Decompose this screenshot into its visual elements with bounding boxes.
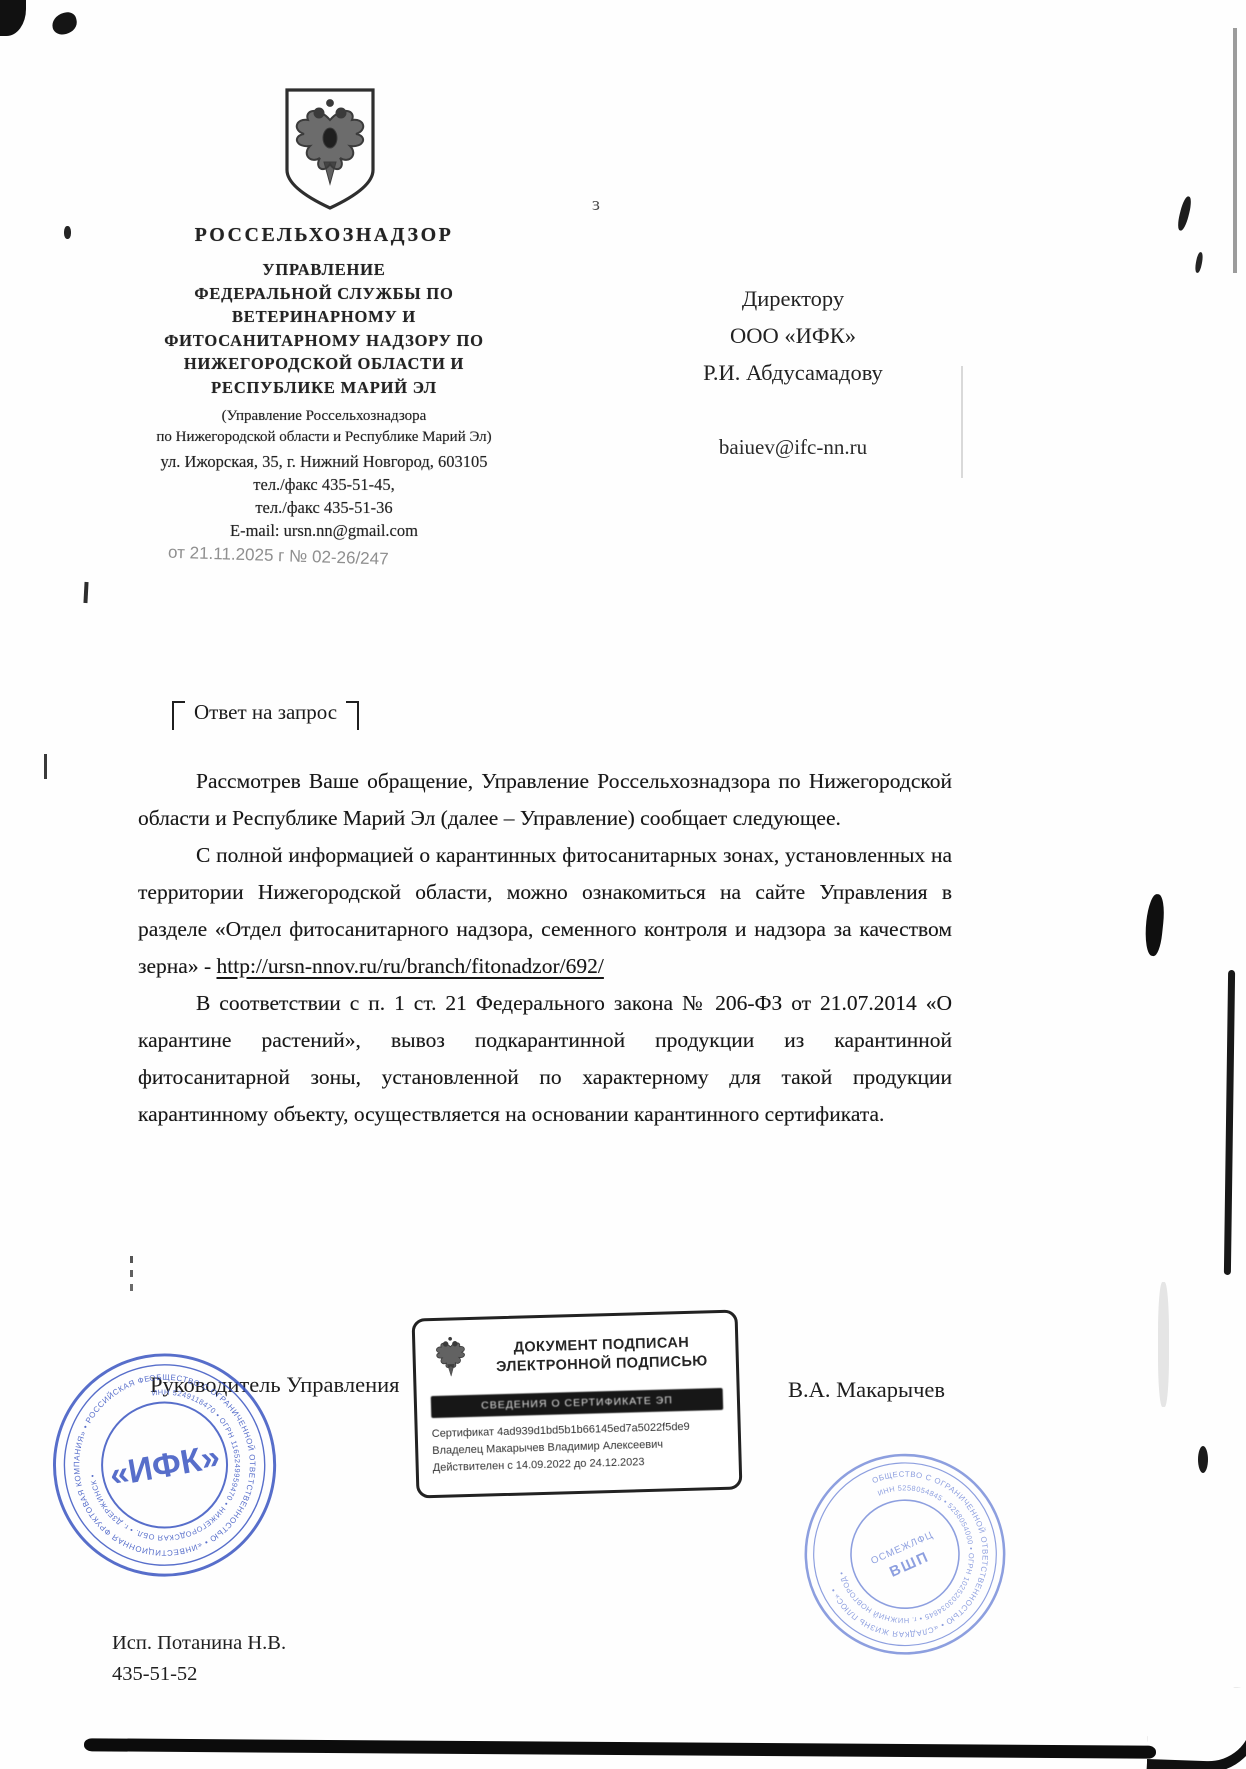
esignature-header: ДОКУМЕНТ ПОДПИСАН ЭЛЕКТРОННОЙ ПОДПИСЬЮ: [429, 1325, 722, 1387]
recipient-block: Директору ООО «ИФК» Р.И. Абдусамадову ba…: [618, 280, 968, 460]
agency-name: РОССЕЛЬХОЗНАДЗОР: [100, 222, 548, 248]
scan-artifact-left-1: [64, 226, 71, 239]
svg-text:ИНН 5258054845 • 5258054000 •: ИНН 5258054845 • 5258054000 • ОГРН 10252…: [811, 1461, 998, 1648]
subject-line: Ответ на запрос: [172, 700, 359, 730]
esignature-stamp: ДОКУМЕНТ ПОДПИСАН ЭЛЕКТРОННОЙ ПОДПИСЬЮ С…: [412, 1309, 743, 1498]
ifk-company-stamp-icon: ОБЩЕСТВО С ОГРАНИЧЕННОЙ ОТВЕТСТВЕННОСТЬЮ…: [27, 1327, 303, 1603]
svg-text:ОБЩЕСТВО С ОГРАНИЧЕННОЙ ОТВЕТС: ОБЩЕСТВО С ОГРАНИЧЕННОЙ ОТВЕТСТВЕННОСТЬЮ…: [793, 1442, 1016, 1665]
org-phones: тел./факс 435-51-45, тел./факс 435-51-36: [100, 473, 548, 519]
org-short-name: (Управление Россельхознадзора по Нижегор…: [100, 406, 548, 448]
scanned-letter-page: РОССЕЛЬХОЗНАДЗОР УПРАВЛЕНИЕ ФЕДЕРАЛЬНОЙ …: [0, 0, 1246, 1769]
coat-of-arms-icon: [280, 86, 380, 214]
corner-bracket-right: [346, 701, 359, 730]
scan-stray-glyph: ɜ: [592, 194, 600, 216]
letter-body: Рассмотрев Ваше обращение, Управление Ро…: [138, 763, 952, 1133]
szp-stamp-outer-ring-text: ОБЩЕСТВО С ОГРАНИЧЕННОЙ ОТВЕТСТВЕННОСТЬЮ…: [793, 1442, 1016, 1665]
body-paragraph-2: С полной информацией о карантинных фитос…: [138, 837, 952, 985]
esignature-eagle-icon: [429, 1332, 472, 1387]
scan-artifact-right-2: [1194, 252, 1204, 274]
recipient-email: baiuev@ifc-nn.ru: [618, 435, 968, 460]
scan-artifact-left-2: [83, 582, 88, 603]
executor-block: Исп. Потанина Н.В. 435-51-52: [112, 1628, 286, 1690]
scan-artifact-right-4: [1198, 1446, 1208, 1473]
org-address: ул. Ижорская, 35, г. Нижний Новгород, 60…: [100, 450, 548, 473]
scan-artifact-right-1: [1176, 195, 1193, 231]
scan-artifact-left-3: [44, 754, 47, 779]
letterhead: РОССЕЛЬХОЗНАДЗОР УПРАВЛЕНИЕ ФЕДЕРАЛЬНОЙ …: [100, 222, 548, 543]
scan-artifact-top-left: [0, 0, 26, 36]
outgoing-ref-line: от 21.11.2025 г № 02-26/247: [168, 543, 508, 574]
scan-artifact-right-3: [1143, 893, 1166, 956]
body-paragraph-3: В соответствии с п. 1 ст. 21 Федеральног…: [138, 985, 952, 1133]
org-name: УПРАВЛЕНИЕ ФЕДЕРАЛЬНОЙ СЛУЖБЫ ПО ВЕТЕРИН…: [100, 258, 548, 399]
sladkaya-zhizn-stamp-icon: ОБЩЕСТВО С ОГРАНИЧЕННОЙ ОТВЕТСТВЕННОСТЬЮ…: [762, 1412, 1047, 1697]
ifk-stamp-center-text: «ИФК»: [107, 1438, 223, 1495]
recipient-name: Директору ООО «ИФК» Р.И. Абдусамадову: [618, 280, 968, 391]
fitonadzor-link: http://ursn-nnov.ru/ru/branch/fitonadzor…: [217, 954, 604, 978]
sladkaya-zhizn-stamp: ОБЩЕСТВО С ОГРАНИЧЕННОЙ ОТВЕТСТВЕННОСТЬЮ…: [762, 1412, 1049, 1702]
scan-smudge: [1158, 1282, 1169, 1407]
coat-of-arms: [280, 86, 380, 219]
scan-artifact-left-dots: [130, 1256, 133, 1263]
esignature-title: ДОКУМЕНТ ПОДПИСАН ЭЛЕКТРОННОЙ ПОДПИСЬЮ: [481, 1333, 722, 1378]
signer-name: В.А. Макарычев: [788, 1377, 945, 1403]
scan-artifact-top-left-blob: [50, 10, 79, 36]
scan-artifact-right-streak: [1224, 970, 1235, 1275]
scan-artifact-right-edge-line: [1233, 28, 1237, 273]
scan-crease: [961, 366, 963, 478]
scan-artifact-bottom-right-corner: [1147, 1684, 1246, 1769]
esignature-certificate-band: СВЕДЕНИЯ О СЕРТИФИКАТЕ ЭП: [431, 1388, 724, 1418]
ifk-company-stamp: ОБЩЕСТВО С ОГРАНИЧЕННОЙ ОТВЕТСТВЕННОСТЬЮ…: [27, 1327, 304, 1608]
org-email: E-mail: ursn.nn@gmail.com: [100, 519, 548, 543]
subject-text: Ответ на запрос: [194, 700, 337, 725]
body-paragraph-1: Рассмотрев Ваше обращение, Управление Ро…: [138, 763, 952, 837]
scan-artifact-bottom-bar: [84, 1738, 1156, 1758]
corner-bracket-left: [172, 701, 185, 730]
szp-stamp-inner-ring-text: ИНН 5258054845 • 5258054000 • ОГРН 10252…: [811, 1461, 998, 1648]
